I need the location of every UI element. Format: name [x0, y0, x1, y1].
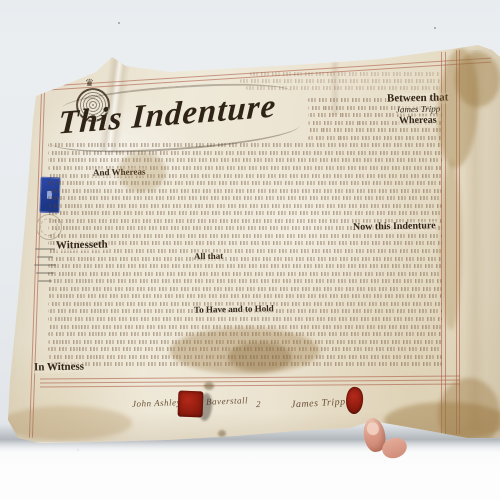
signature-first-given: John Ashley	[132, 397, 181, 409]
dust-speck	[118, 22, 120, 24]
signature-flourish: 2	[256, 399, 261, 409]
crown-icon: ♛	[85, 78, 94, 89]
manuscript-line	[250, 72, 440, 76]
parchment-document: ♛ This Indenture Between that James Trip…	[0, 0, 500, 500]
manuscript-line	[48, 211, 442, 215]
manuscript-line	[48, 264, 442, 268]
stain	[228, 342, 292, 372]
closing-ruled-line	[40, 380, 460, 384]
clause-now-this-indenture: Now this Indenture	[352, 221, 437, 232]
manuscript-line	[48, 317, 442, 321]
dust-speck	[434, 27, 436, 29]
red-wax-seal	[178, 391, 204, 418]
clause-whereas: Whereas	[398, 116, 438, 127]
clause-all-that: All that	[193, 252, 224, 262]
manuscript-line	[48, 234, 442, 238]
stain	[455, 52, 500, 107]
manuscript-line	[48, 189, 442, 193]
red-wax-seal	[344, 386, 365, 415]
stain	[0, 406, 132, 440]
manuscript-line	[48, 257, 442, 261]
closing-ruled-line	[40, 376, 460, 380]
stain	[440, 160, 462, 330]
manuscript-line	[48, 294, 442, 298]
stain-speck	[218, 430, 226, 437]
manuscript-line	[48, 287, 442, 291]
manuscript-line	[48, 143, 442, 147]
manuscript-line	[308, 128, 442, 132]
clause-to-have-and-to-hold: To Have and to Hold	[193, 304, 275, 314]
manuscript-line	[308, 136, 442, 140]
fingernail	[366, 421, 380, 436]
stain	[118, 152, 166, 192]
clause-witnesseth: Witnesseth	[55, 240, 109, 252]
party-names: James Tripp	[395, 105, 441, 115]
manuscript-line	[48, 151, 442, 155]
manuscript-line	[48, 204, 442, 208]
photo-of-indenture: ♛ This Indenture Between that James Trip…	[0, 0, 500, 500]
signature-second: James Tripp	[291, 397, 346, 411]
bottom-white-surface	[0, 440, 500, 500]
manuscript-line	[48, 181, 442, 185]
closing-ruled-line	[40, 384, 460, 388]
manuscript-line	[48, 272, 442, 276]
manuscript-line	[48, 196, 442, 200]
clause-in-witness: In Witness	[33, 362, 85, 374]
manuscript-line	[48, 158, 442, 162]
manuscript-line	[240, 79, 440, 83]
stain-speck	[204, 382, 214, 390]
manuscript-line	[48, 279, 442, 283]
finger	[352, 416, 408, 464]
